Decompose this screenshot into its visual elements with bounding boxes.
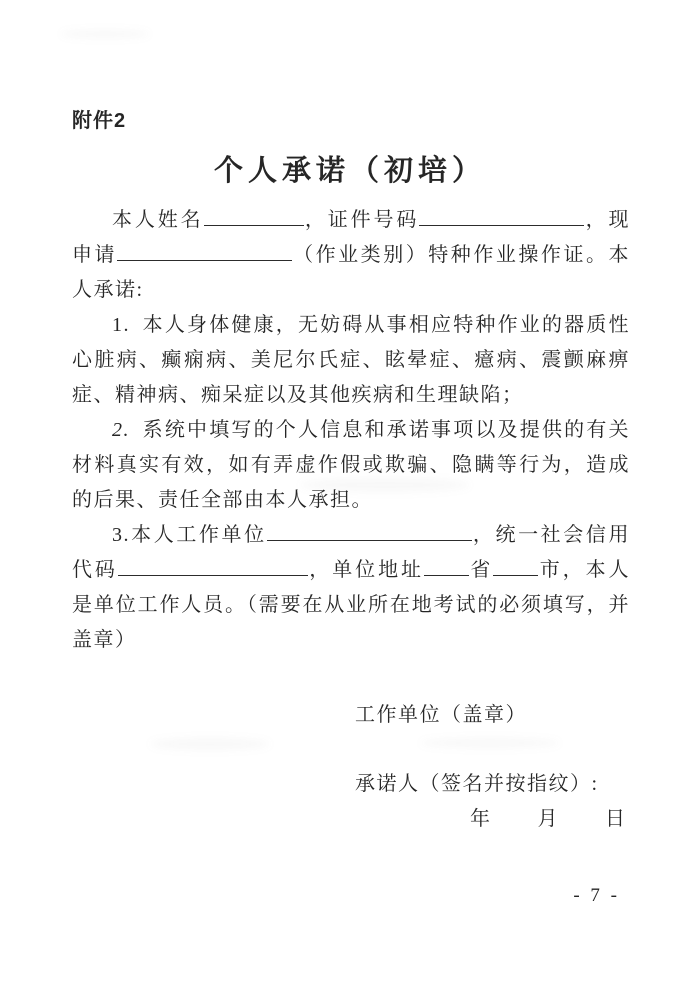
clause-3-unit-label: 本人工作单位: [130, 524, 267, 546]
clause-3-address-label: ，单位地址: [308, 559, 424, 581]
document-body: 本人姓名，证件号码，现申请（作业类别）特种作业操作证。本人承诺: 1.本人身体健…: [72, 203, 630, 837]
clause-1-text: 本人身体健康，无妨碍从事相应特种作业的器质性心脏病、癫痫病、美尼尔氏症、眩晕症、…: [72, 314, 630, 406]
clause-3-marker: 3.: [112, 524, 130, 546]
date-month-label: 月: [538, 808, 560, 830]
clause-2: 2.系统中填写的个人信息和承诺事项以及提供的有关材料真实有效，如有弄虚作假或欺骗…: [72, 413, 630, 518]
intro-id-label: ，证件号码: [304, 209, 420, 231]
date-line: 年月日: [72, 802, 630, 837]
clause-2-marker: 2.: [112, 419, 130, 441]
date-day-label: 日: [605, 808, 627, 830]
blank-city-field: [493, 558, 538, 576]
clause-1-marker: 1.: [112, 314, 130, 336]
attachment-label: 附件2: [72, 104, 126, 133]
clause-3-province-label: 省: [469, 559, 493, 581]
intro-name-label: 本人姓名: [112, 209, 204, 231]
clause-2-text: 系统中填写的个人信息和承诺事项以及提供的有关材料真实有效，如有弄虚作假或欺骗、隐…: [72, 419, 630, 511]
intro-paragraph: 本人姓名，证件号码，现申请（作业类别）特种作业操作证。本人承诺:: [72, 203, 630, 308]
blank-province-field: [424, 558, 469, 576]
clause-1: 1.本人身体健康，无妨碍从事相应特种作业的器质性心脏病、癫痫病、美尼尔氏症、眩晕…: [72, 308, 630, 413]
scan-smudge: [60, 30, 150, 38]
blank-job-category-field: [117, 243, 292, 261]
page-number: - 7 -: [573, 885, 620, 907]
blank-id-number-field: [419, 208, 584, 226]
scanned-document-page: 附件2 个人承诺（初培） 本人姓名，证件号码，现申请（作业类别）特种作业操作证。…: [0, 0, 700, 998]
date-year-label: 年: [470, 808, 492, 830]
document-title: 个人承诺（初培）: [0, 148, 700, 189]
blank-work-unit-field: [267, 523, 472, 541]
blank-name-field: [204, 208, 304, 226]
clause-3: 3.本人工作单位，统一社会信用代码，单位地址省市，本人是单位工作人员。（需要在从…: [72, 518, 630, 658]
promiser-signature-line: 承诺人（签名并按指纹）:: [72, 767, 630, 802]
work-unit-seal-line: 工作单位（盖章）: [72, 698, 630, 733]
blank-credit-code-field: [118, 558, 308, 576]
